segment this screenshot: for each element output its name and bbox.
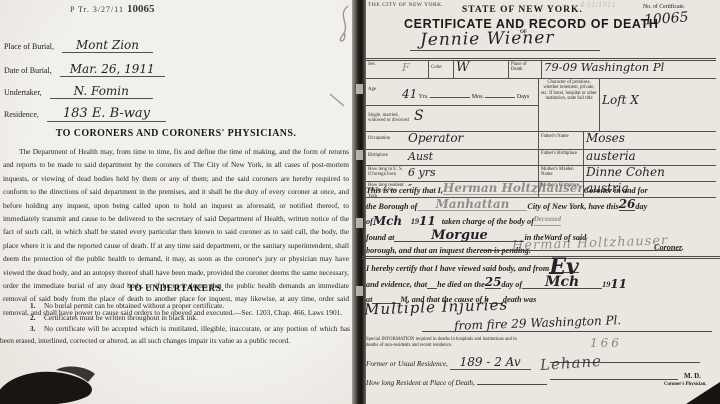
- color-value: W: [454, 61, 508, 78]
- coroner-signature-inline: Herman Holtzhauser: [443, 184, 584, 195]
- physician-line-2: [550, 379, 678, 380]
- mos-blank: [430, 89, 470, 98]
- occupation-value: Operator: [406, 132, 538, 149]
- coroner-label: Coroner.: [654, 243, 684, 252]
- cert-text: the Borough of: [366, 202, 417, 211]
- resident-duration-blank: [477, 374, 547, 385]
- deceased-stamp: Deceased: [534, 215, 561, 226]
- fathers-birthplace-value: austeria: [584, 150, 716, 165]
- md-label: M. D.: [684, 372, 701, 380]
- age-value: 41: [402, 87, 417, 101]
- list-item: 1.No burial permit can be obtained witho…: [0, 300, 350, 312]
- age-marital-stack: Age 41 Yrs. Mos. Days Single, married, w…: [366, 79, 538, 131]
- undertakers-heading: TO UNDERTAKERS.: [0, 284, 352, 294]
- days-blank: [485, 89, 515, 98]
- deceased-name: Jennie Wiener: [420, 28, 555, 50]
- death-day-value: 25: [485, 278, 502, 289]
- name-underline: [410, 50, 600, 51]
- age-label: Age: [366, 79, 400, 105]
- cert-text: he died on the: [437, 280, 485, 289]
- city-line: THE CITY OF NEW YORK.: [368, 2, 444, 8]
- cert-text: day of: [501, 280, 522, 289]
- month-value: Mch: [373, 217, 411, 226]
- marital-value: S: [412, 106, 538, 132]
- mothers-maiden-label: Mother's Maiden Name: [538, 166, 584, 181]
- former-residence-row: Former or Usual Residence, 189 - 2 Av: [366, 355, 531, 369]
- marital-row: Single, married, widowed or divorced S: [366, 106, 538, 132]
- left-page: P Tr. 3/27/11 10065 Place of Burial, Mon…: [0, 0, 352, 404]
- cert-text: 19: [602, 280, 610, 289]
- list-text: No certificate will be accepted which is…: [0, 324, 350, 345]
- cert-text: of: [366, 217, 373, 226]
- list-item: 2.Certificates must be written throughou…: [0, 312, 350, 324]
- how-long-us-value: 6 yrs: [406, 166, 538, 181]
- birthplace-label: Birthplace: [366, 150, 406, 165]
- fathers-name-value: Moses: [584, 132, 716, 149]
- coroners-physician-label: Coroner's Physician.: [664, 382, 707, 387]
- mothers-maiden-value: Dinne Cohen: [584, 166, 716, 181]
- certificate-page: THE CITY OF NEW YORK. STATE OF NEW YORK.…: [362, 0, 720, 404]
- scanned-death-certificate: P Tr. 3/27/11 10065 Place of Burial, Mon…: [0, 0, 720, 404]
- age-row: Age 41 Yrs. Mos. Days: [366, 79, 538, 106]
- small-blank: [427, 278, 437, 289]
- ink-blot: [0, 356, 116, 404]
- cert-text: This is to certify that I,: [366, 186, 443, 195]
- signature-line: [482, 250, 682, 251]
- field-value-handwritten: 183 E. B-way: [47, 106, 166, 122]
- sex-value: F: [400, 61, 428, 78]
- age-value-line: 41 Yrs. Mos. Days: [400, 79, 538, 105]
- year-value: 11: [419, 217, 436, 226]
- death-year-value: 11: [610, 280, 627, 289]
- field-label: Place of Burial,: [4, 42, 54, 51]
- table-row: Sex F Color W Place of Death 79-09 Washi…: [366, 61, 716, 79]
- list-text: Certificates must be written throughout …: [44, 313, 198, 322]
- color-label: Color: [428, 61, 454, 78]
- place-of-death-value: 79-09 Washington Pl: [542, 61, 716, 78]
- cert-text: day: [635, 202, 647, 211]
- field-residence: Residence, 183 E. B-way: [4, 106, 166, 121]
- pencil-note: 4-11/1911: [580, 1, 616, 9]
- cert-text: I hereby certify that I have viewed said…: [366, 264, 549, 273]
- physician-signature: Lehane: [539, 352, 602, 374]
- premises-label: Character of premises, whether tenement,…: [538, 79, 600, 131]
- day-value: 26: [619, 200, 636, 211]
- cause-underline: [422, 331, 712, 332]
- field-undertaker: Undertaker, N. Fomin: [4, 84, 153, 98]
- cause-of-death-location: from fire 29 Washington Pl.: [454, 313, 622, 333]
- cert-text: and evidence, that: [366, 280, 427, 289]
- resident-duration-row: How long Resident at Place of Death,: [366, 374, 547, 387]
- table-row-group: Age 41 Yrs. Mos. Days Single, married, w…: [366, 79, 716, 131]
- cert-text: 19: [411, 217, 419, 226]
- list-item: 3.No certificate will be accepted which …: [0, 323, 350, 346]
- table-row: Occupation Operator Father's Name Moses: [366, 131, 716, 150]
- list-number: 2.: [30, 312, 44, 324]
- borough-value: Manhattan: [417, 200, 527, 211]
- place-of-death-label: Place of Death: [508, 61, 542, 78]
- coroners-heading: TO CORONERS AND CORONERS' PHYSICIANS.: [0, 128, 352, 139]
- list-text: No burial permit can be obtained without…: [44, 301, 224, 310]
- section-divider: [362, 256, 720, 259]
- former-residence-value: 189 - 2 Av: [450, 355, 531, 370]
- pencil-mark: [322, 2, 356, 112]
- cert-text: Coroner in and for: [584, 186, 648, 195]
- list-number: 3.: [30, 323, 44, 335]
- cert-text: found at: [366, 233, 394, 242]
- yrs-label: Yrs.: [419, 94, 429, 100]
- table-row: How long in U. S. if foreign born 6 yrs …: [366, 166, 716, 182]
- vital-statistics-table: Sex F Color W Place of Death 79-09 Washi…: [366, 58, 716, 198]
- occupation-label: Occupation: [366, 132, 406, 149]
- birthplace-value: Aust: [406, 150, 538, 165]
- resident-duration-label: How long Resident at Place of Death,: [366, 379, 475, 387]
- list-number: 1.: [30, 300, 44, 312]
- sex-label: Sex: [366, 61, 400, 78]
- fathers-name-label: Father's Name: [538, 132, 584, 149]
- undertakers-list: 1.No burial permit can be obtained witho…: [0, 300, 350, 346]
- mos-label: Mos.: [472, 94, 484, 100]
- cause-of-death-value: Multiple Injuries: [364, 295, 509, 318]
- how-long-us-label: How long in U. S. if foreign born: [366, 166, 406, 181]
- premises-value: Loft X: [600, 79, 716, 131]
- field-value-handwritten: Mar. 26, 1911: [60, 62, 165, 77]
- stamp-date: P Tr. 3/27/11: [70, 5, 124, 14]
- found-at-value: Morgue: [394, 231, 524, 242]
- field-label: Undertaker,: [4, 88, 42, 97]
- ev-flourish: Ev: [549, 262, 579, 273]
- state-heading: STATE OF NEW YORK.: [462, 5, 583, 15]
- date-stamp: P Tr. 3/27/11 10065: [70, 3, 154, 15]
- field-value-handwritten: N. Fomin: [50, 84, 153, 99]
- days-label: Days: [517, 94, 529, 100]
- field-place-of-burial: Place of Burial, Mont Zion: [4, 38, 153, 52]
- field-label: Residence,: [4, 110, 39, 119]
- table-row: Birthplace Aust Father's Birthplace aust…: [366, 150, 716, 166]
- field-value-handwritten: Mont Zion: [62, 38, 153, 53]
- field-label: Date of Burial,: [4, 66, 52, 75]
- pencil-number: 166: [590, 336, 622, 350]
- death-month-value: Mch: [522, 278, 602, 289]
- stamp-number: 10065: [127, 3, 155, 15]
- cert-text: City of New York, have this: [527, 202, 618, 211]
- former-residence-label: Former or Usual Residence,: [366, 360, 448, 368]
- marital-label: Single, married, widowed or divorced: [366, 106, 412, 132]
- special-info-note: Special INFORMATION required in deaths i…: [366, 337, 526, 348]
- field-date-of-burial: Date of Burial, Mar. 26, 1911: [4, 62, 165, 76]
- cert-text: taken charge of the body of: [442, 217, 534, 226]
- fathers-birthplace-label: Father's Birthplace: [538, 150, 584, 165]
